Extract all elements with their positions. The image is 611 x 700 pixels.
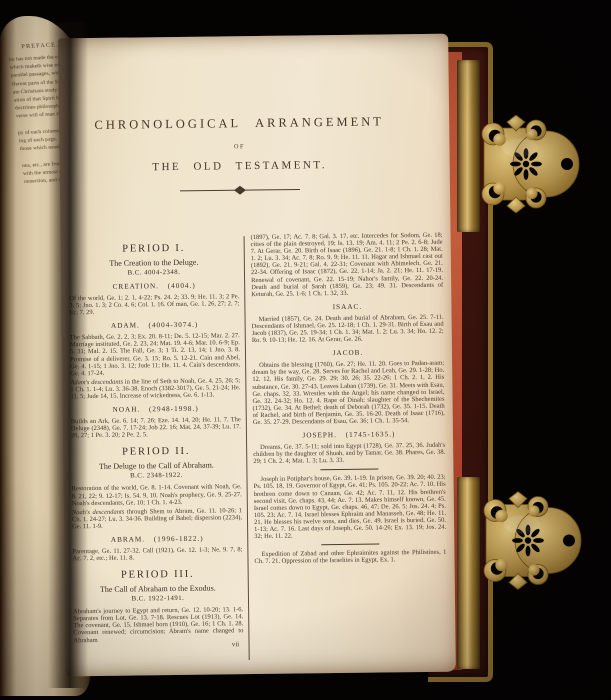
paragraph: Joseph in Potiphar's house, Ge. 39. 1-19… — [253, 474, 446, 540]
page-number: vii — [215, 640, 255, 648]
paragraph-lead: Noah's descendants — [72, 508, 124, 516]
page-header: CHRONOLOGICAL ARRANGEMENT OF THE OLD TES… — [59, 114, 450, 198]
section-heading: ABRAM. (1996-1822.) — [72, 534, 242, 544]
paragraph: Restoration of the world, Ge. 8. 1-14. C… — [72, 484, 242, 507]
paragraph: Of the world, Ge. 1; 2. 1, 4-22; Ps. 24.… — [69, 293, 239, 316]
bc-date-range: B.C. 2348-1922. — [71, 472, 241, 481]
paragraph: The Sabbath, Ge. 2. 2, 3; Ex. 20. 8-11; … — [70, 332, 241, 377]
divider-ornament-icon — [180, 184, 300, 195]
title-of-label: OF — [59, 141, 419, 152]
paragraph: (1897), Ge. 17; Ac. 7. 8; Gal. 3. 17, et… — [251, 232, 444, 298]
column-left: PERIOD I.The Creation to the Deluge.B.C.… — [69, 234, 244, 662]
period-subtitle: The Creation to the Deluge. — [69, 257, 239, 268]
paragraph: Abraham's journey to Egypt and return, G… — [73, 606, 243, 644]
period-heading: PERIOD III. — [73, 568, 243, 581]
paragraph: Parentage, Ge. 11. 27-32. Call (1921), G… — [72, 546, 242, 562]
page-subtitle: THE OLD TESTAMENT. — [60, 158, 420, 174]
paragraph: Adam's descendants in the line of Seth t… — [70, 377, 240, 400]
paragraph: Expedition of Zabad and other Ephraimite… — [254, 549, 446, 566]
text-rule — [321, 544, 379, 546]
period-subtitle: The Deluge to the Call of Abraham. — [71, 461, 241, 472]
section-heading: NOAH. (2948-1998.) — [71, 404, 241, 414]
paragraph-lead: Adam's descendants — [70, 378, 123, 386]
brass-clasp-icon — [478, 491, 598, 590]
right-page: CHRONOLOGICAL ARRANGEMENT OF THE OLD TES… — [58, 34, 456, 677]
book-photo: PREFACE. ho has not made the experiment,… — [0, 0, 611, 700]
section-heading: JACOB. — [252, 348, 444, 358]
period-subtitle: The Call of Abraham to the Exodus. — [73, 583, 243, 594]
column-divider-rule — [244, 236, 250, 660]
column-right: (1897), Ge. 17; Ac. 7. 8; Gal. 3. 17, et… — [251, 232, 448, 660]
brass-hinge-strip — [457, 477, 480, 669]
text-columns: PERIOD I.The Creation to the Deluge.B.C.… — [69, 232, 448, 663]
paragraph: Married (1857), Ge. 24. Death and burial… — [252, 314, 444, 345]
paragraph: Noah's descendants through Shem to Abram… — [72, 507, 242, 530]
section-heading: CREATION. (4004.) — [69, 281, 239, 291]
paragraph: Builds an Ark, Ge. 6. 14; 7. 26; Eze. 14… — [71, 416, 241, 439]
bc-date-range: B.C. 1922-1491. — [73, 594, 243, 603]
paragraph: Obtains the blessing (1760), Ge. 27; He.… — [252, 360, 445, 426]
section-heading: ISAAC. — [251, 302, 443, 312]
section-heading: JOSEPH. (1745-1635.) — [253, 430, 445, 440]
period-heading: PERIOD I. — [69, 242, 239, 255]
paragraph: Dreams, Ge. 37. 5-11; sold into Egypt (1… — [253, 442, 445, 466]
section-heading: ADAM. (4004-3074.) — [70, 320, 240, 330]
bc-date-range: B.C. 4004-2348. — [69, 268, 239, 277]
period-heading: PERIOD II. — [71, 446, 241, 459]
text-rule — [320, 469, 378, 471]
page-title: CHRONOLOGICAL ARRANGEMENT — [59, 114, 419, 133]
brass-clasp-icon — [476, 115, 596, 213]
